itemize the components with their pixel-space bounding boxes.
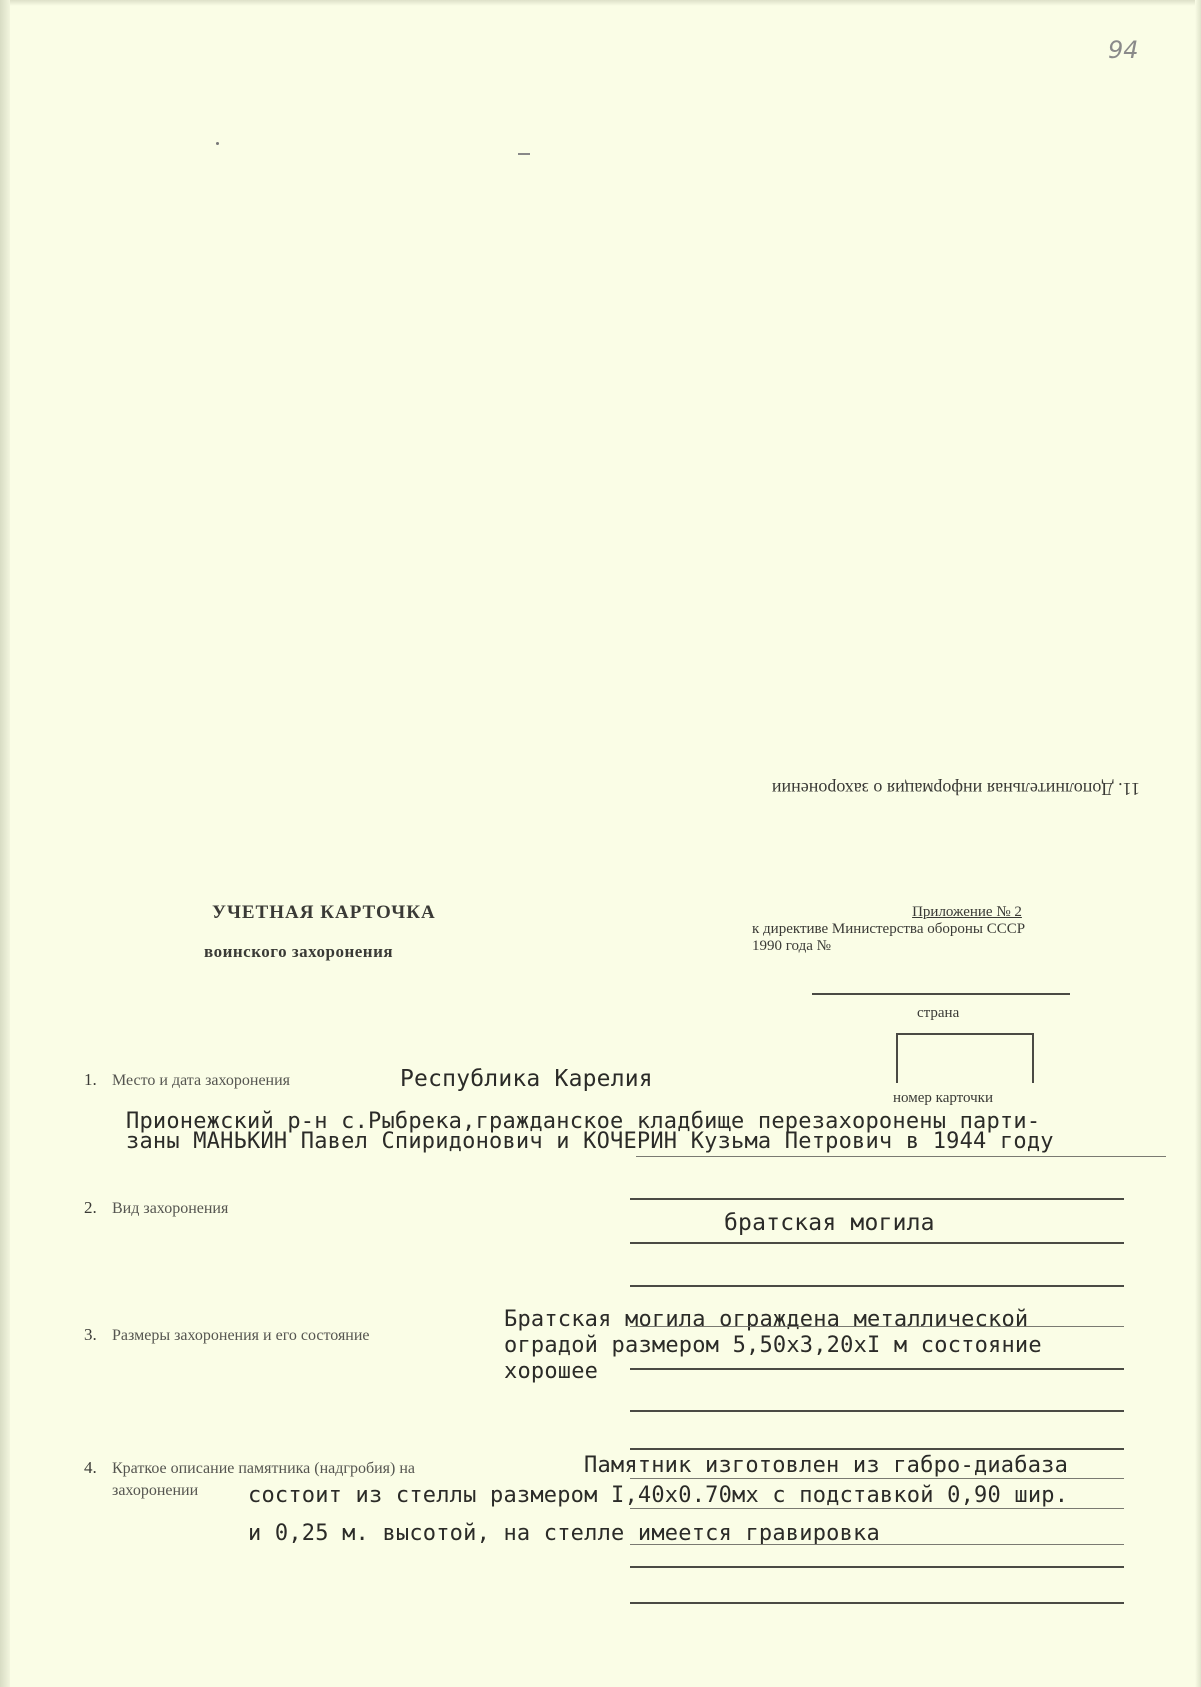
field-3-line-2 (630, 1368, 1124, 1370)
field-4-line-1 (630, 1478, 1124, 1479)
upside-down-section-header: 11. Дополнительная информация о захороне… (630, 778, 1140, 799)
field-3-line-4 (630, 1448, 1124, 1450)
field-3-value-line1: Братская могила ограждена металлической (504, 1310, 1028, 1330)
field-4-number: 4. (84, 1458, 97, 1478)
field-1-underline (636, 1156, 1166, 1157)
card-number-label: номер карточки (893, 1090, 993, 1107)
field-4-label-line1: Краткое описание памятника (надгробия) н… (112, 1460, 415, 1478)
country-line (812, 993, 1070, 995)
field-3-value-line2: оградой размером 5,50х3,20хI м состояние (504, 1336, 1042, 1356)
field-3-value-line3: хорошее (504, 1362, 598, 1382)
field-1-label: Место и дата захоронения (112, 1072, 290, 1090)
field-3-line-1 (630, 1326, 1124, 1327)
field-2-line-mid (630, 1242, 1124, 1244)
page-edge-right (1195, 0, 1201, 1687)
field-4-line-2 (630, 1508, 1124, 1509)
field-4-value-line3: и 0,25 м. высотой, на стелле имеется гра… (248, 1524, 880, 1544)
field-2-value: братская могила (724, 1210, 935, 1236)
speck (216, 142, 219, 145)
field-3-line-3 (630, 1410, 1124, 1412)
field-4-line-3 (630, 1544, 1124, 1545)
field-4-label-line2: захоронении (112, 1482, 198, 1500)
speck (518, 153, 530, 155)
card-subtitle: воинского захоронения (204, 942, 393, 962)
field-4-value-line2: состоит из стеллы размером I,40х0.70мх с… (248, 1486, 1068, 1506)
field-2-number: 2. (84, 1198, 97, 1218)
field-3-label: Размеры захоронения и его состояние (112, 1327, 370, 1345)
field-4-line-4 (630, 1566, 1124, 1568)
field-1-value-line3: заны МАНЬКИН Павел Спиридонович и КОЧЕРИ… (126, 1132, 1054, 1152)
page-number: 94 (1108, 36, 1139, 64)
field-3-number: 3. (84, 1325, 97, 1345)
field-2-line-bottom (630, 1285, 1124, 1287)
field-2-line-top (630, 1198, 1124, 1200)
page-edge-left (0, 0, 10, 1687)
country-label: страна (917, 1005, 959, 1022)
appendix-block: Приложение № 2 к директиве Министерства … (752, 904, 1122, 955)
field-2-label: Вид захоронения (112, 1200, 228, 1218)
card-number-box[interactable] (896, 1033, 1034, 1083)
appendix-line1: к директиве Министерства обороны СССР (752, 921, 1122, 938)
appendix-line2: 1990 года № (752, 938, 1122, 955)
page-edge-top (0, 0, 1201, 6)
field-4-line-5 (630, 1602, 1124, 1604)
appendix-heading: Приложение № 2 (812, 904, 1122, 921)
field-1-value-line1: Республика Карелия (400, 1066, 653, 1092)
field-1-number: 1. (84, 1070, 97, 1090)
field-4-value-line1: Памятник изготовлен из габро-диабаза (584, 1456, 1068, 1476)
card-title: УЧЕТНАЯ КАРТОЧКА (212, 902, 436, 924)
